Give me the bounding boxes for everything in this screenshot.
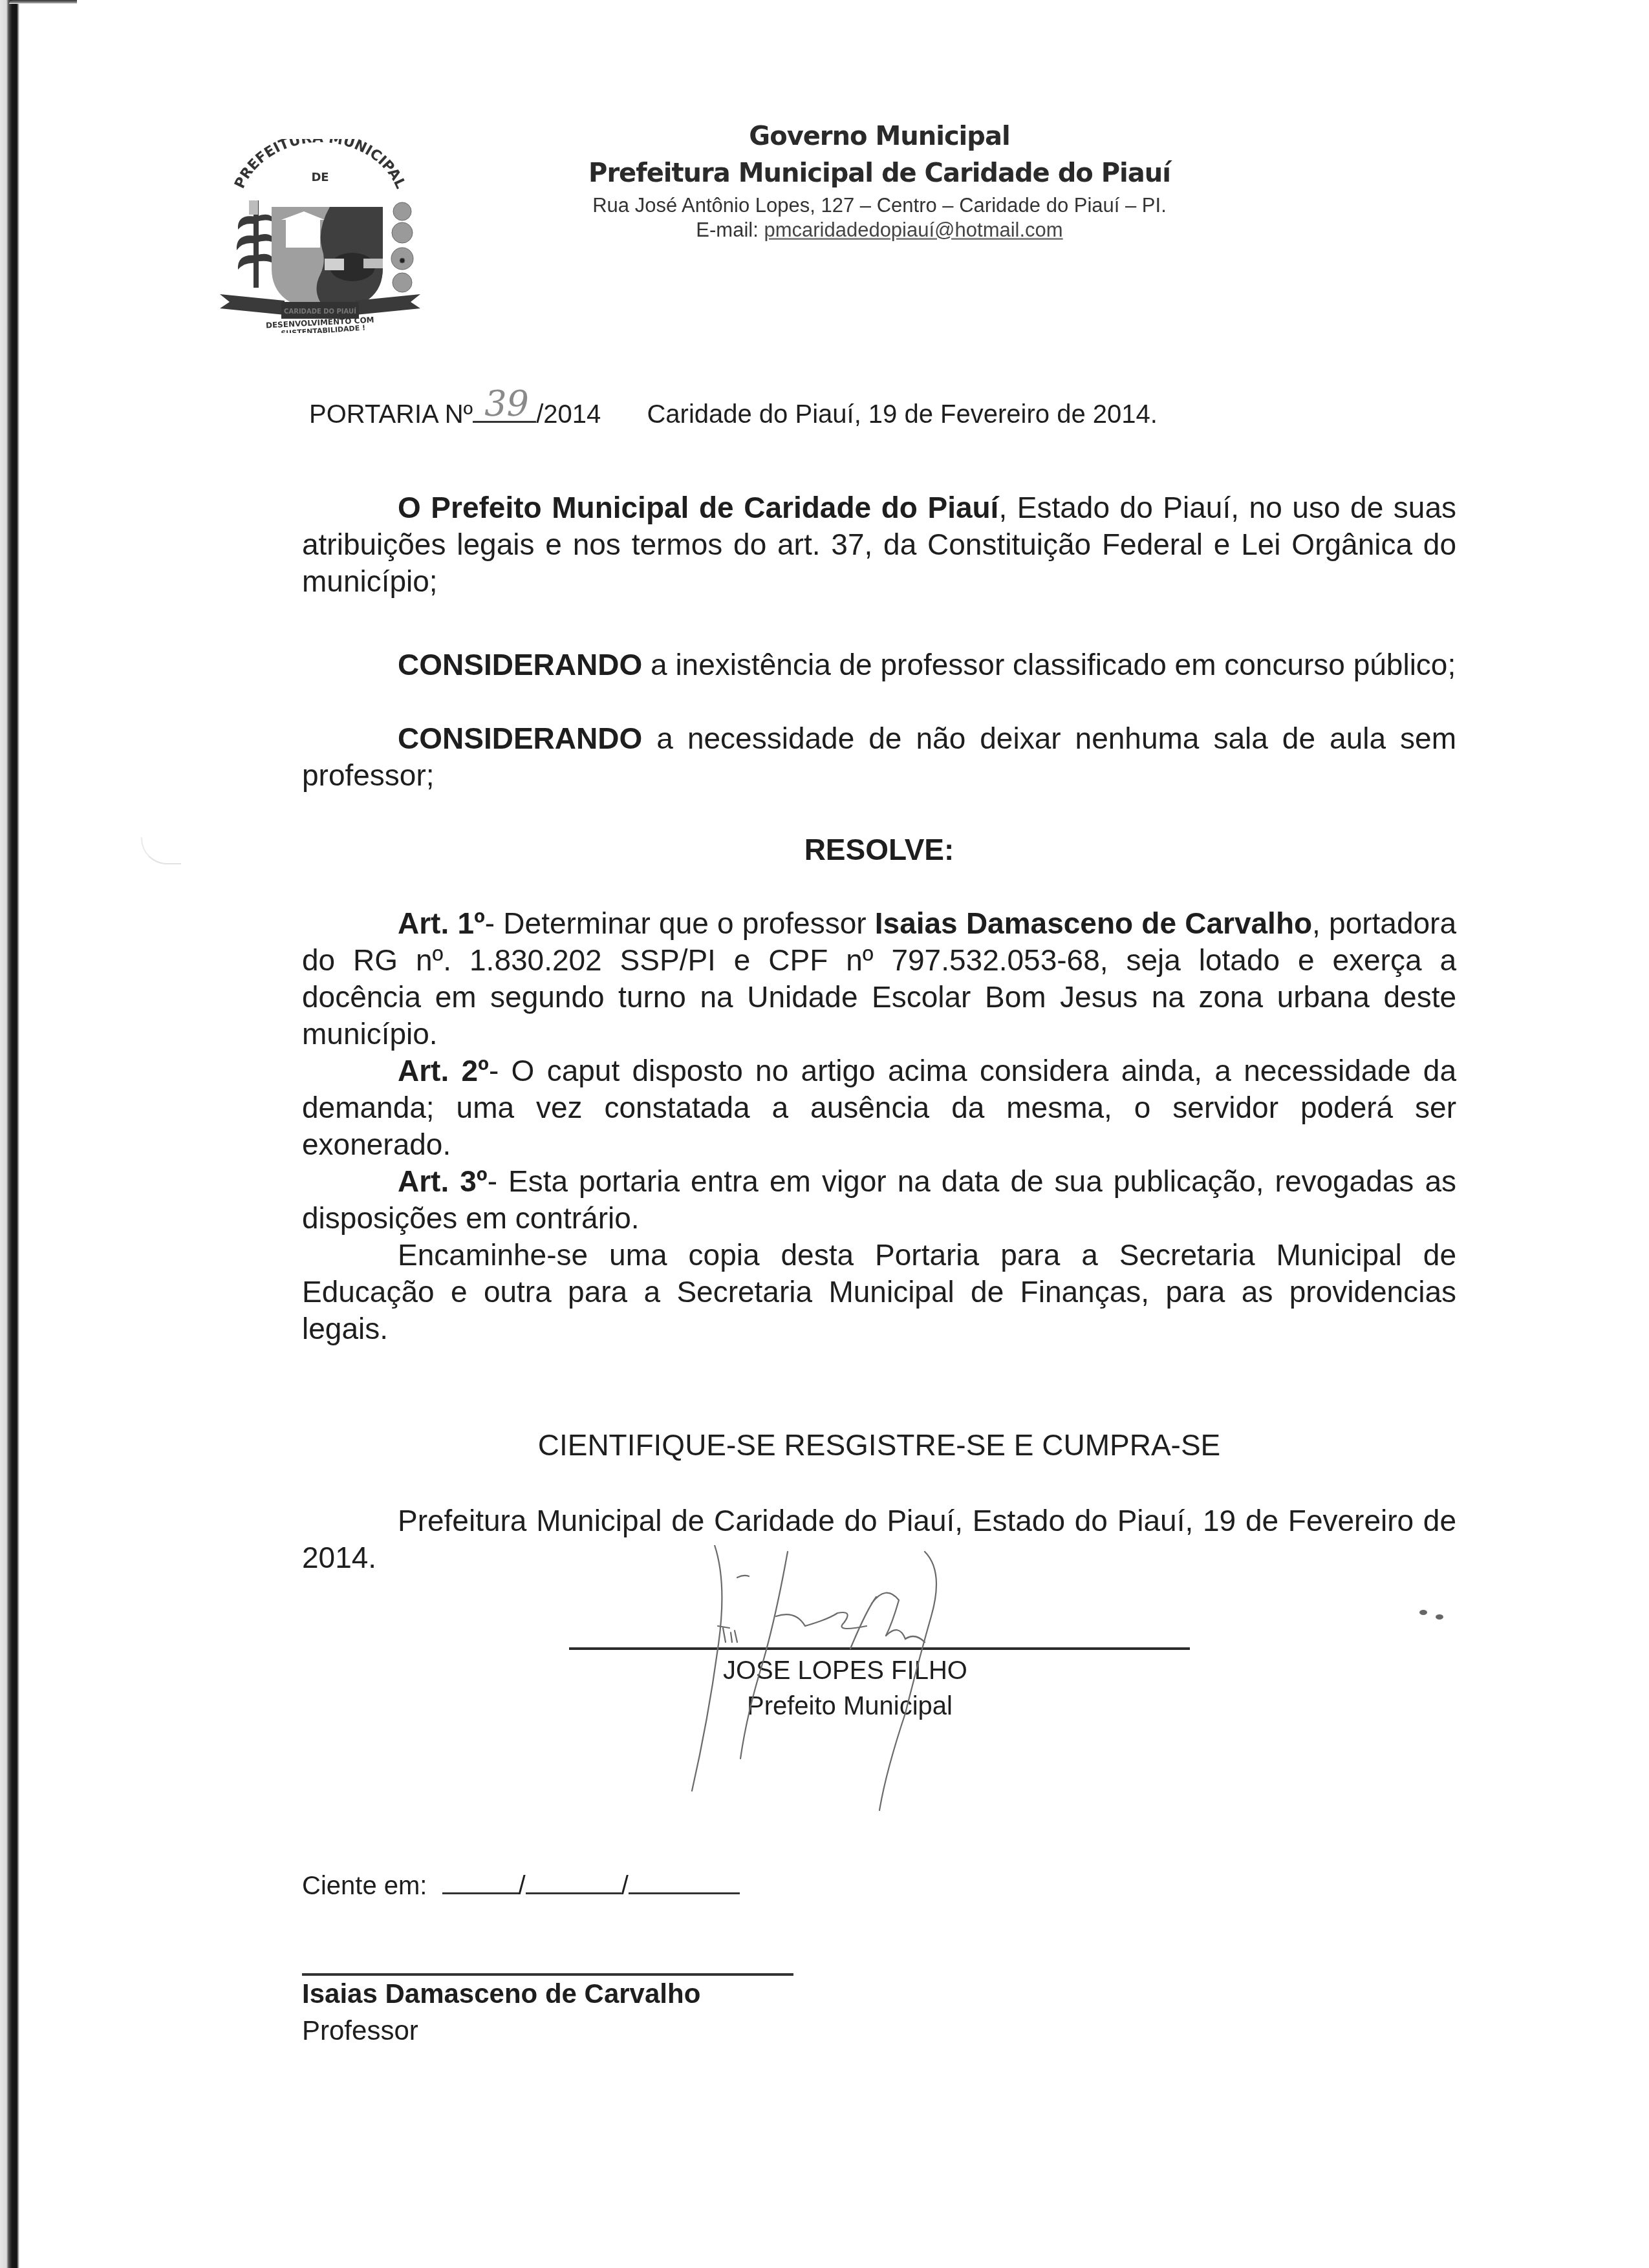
article-label: Art. 1º (398, 906, 485, 940)
ciente-year-field[interactable] (629, 1870, 740, 1894)
considerando-label: CONSIDERANDO (398, 648, 642, 681)
portaria-line: PORTARIA Nº39/2014 Caridade do Piauí, 19… (309, 398, 1158, 429)
ciente-day-field[interactable] (442, 1870, 519, 1894)
article-2: Art. 2º- O caput disposto no artigo acim… (302, 1053, 1456, 1163)
professor-name: Isaias Damasceno de Carvalho (875, 906, 1312, 940)
article-label: Art. 2º (398, 1054, 489, 1087)
article-3: Art. 3º- Esta portaria entra em vigor na… (302, 1163, 1456, 1237)
article-1: Art. 1º- Determinar que o professor Isai… (302, 905, 1456, 1053)
portaria-prefix: PORTARIA Nº (309, 400, 473, 429)
encaminhe-text: Encaminhe-se uma copia desta Portaria pa… (302, 1237, 1456, 1347)
municipal-emblem: PREFEITURA MUNICIPAL DE CARIDADE DO PIAU… (213, 139, 427, 333)
considerando-text: a inexistência de professor classificado… (642, 648, 1456, 681)
scan-artifact (141, 837, 181, 864)
article-label: Art. 3º (398, 1164, 488, 1198)
considerando-1: CONSIDERANDO a inexistência de professor… (302, 647, 1456, 683)
ciente-month-field[interactable] (526, 1870, 621, 1894)
portaria-number-handwritten: 39 (484, 383, 529, 424)
mayor-role: Prefeito Municipal (747, 1692, 953, 1721)
closing-place-date: Prefeitura Municipal de Caridade do Piau… (302, 1503, 1456, 1576)
header-address: Rua José Antônio Lopes, 127 – Centro – C… (504, 194, 1255, 217)
date-separator: / (621, 1872, 629, 1900)
handwritten-signature (582, 1545, 1229, 1836)
preamble: O Prefeito Municipal de Caridade do Piau… (302, 489, 1456, 600)
preamble-bold: O Prefeito Municipal de Caridade do Piau… (398, 491, 998, 524)
header-title: Governo Municipal (504, 122, 1255, 151)
portaria-number-field: 39 (473, 398, 536, 423)
date-separator: / (519, 1872, 526, 1900)
email-link[interactable]: pmcaridadedopiauí@hotmail.com (764, 219, 1062, 241)
header-subtitle: Prefeitura Municipal de Caridade do Piau… (504, 158, 1255, 188)
svg-text:DE: DE (311, 171, 329, 184)
ciente-line: Ciente em: // (302, 1870, 740, 1901)
considerando-2: CONSIDERANDO a necessidade de não deixar… (302, 720, 1456, 794)
mayor-name: JOSE LOPES FILHO (723, 1656, 967, 1685)
professor-signature-line (302, 1973, 793, 1976)
mayor-signature-line (569, 1647, 1190, 1650)
svg-text:CARIDADE DO PIAUÍ: CARIDADE DO PIAUÍ (284, 307, 356, 316)
header-email-line: E-mail: pmcaridadedopiauí@hotmail.com (504, 219, 1255, 242)
resolve-text: RESOLVE: (804, 833, 954, 866)
email-label: E-mail: (696, 219, 758, 241)
considerando-label: CONSIDERANDO (398, 722, 642, 755)
scan-edge-left (0, 0, 19, 2268)
encaminhe-paragraph: Encaminhe-se uma copia desta Portaria pa… (302, 1237, 1456, 1347)
closing-text: CIENTIFIQUE-SE RESGISTRE-SE E CUMPRA-SE (538, 1428, 1221, 1462)
professor-signature-role: Professor (302, 2015, 418, 2046)
article-text: - Determinar que o professor (485, 906, 875, 940)
closing-formula: CIENTIFIQUE-SE RESGISTRE-SE E CUMPRA-SE (302, 1427, 1456, 1464)
ink-specks (1419, 1610, 1452, 1623)
scan-edge-top (9, 0, 77, 4)
closing-place-date-text: Prefeitura Municipal de Caridade do Piau… (302, 1503, 1456, 1576)
portaria-place-date: Caridade do Piauí, 19 de Fevereiro de 20… (647, 400, 1157, 429)
ciente-label: Ciente em: (302, 1872, 427, 1900)
portaria-year: /2014 (536, 400, 601, 429)
resolve-heading: RESOLVE: (302, 831, 1456, 868)
professor-signature-name: Isaias Damasceno de Carvalho (302, 1978, 700, 2009)
